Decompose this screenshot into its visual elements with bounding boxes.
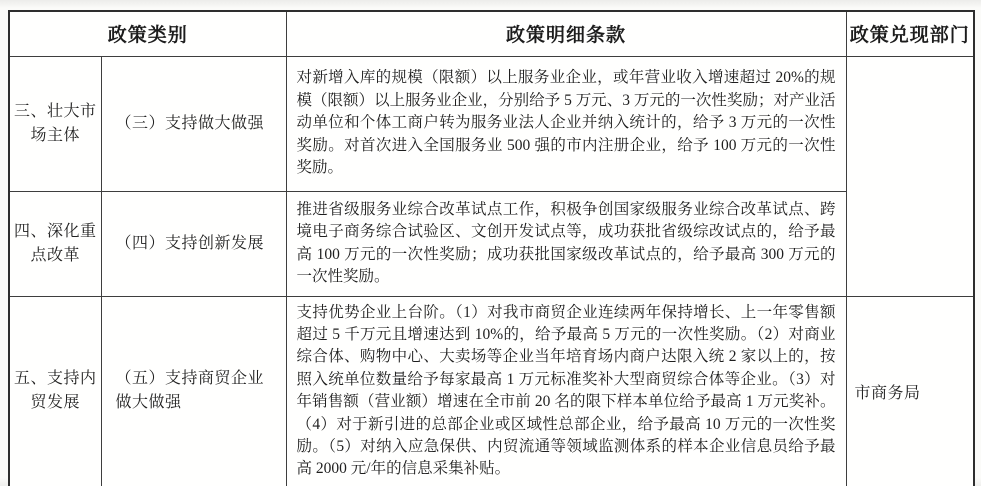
table-row-market-entities: 三、壮大市场主体 （三）支持做大做强 对新增入库的规模（限额）以上服务业企业，或… [9,56,974,191]
subcategory-cell: （五）支持商贸企业做大做强 [101,296,286,486]
category-cell: 四、深化重点改革 [9,191,101,296]
policy-table: 政策类别 政策明细条款 政策兑现部门 三、壮大市场主体 （三）支持做大做强 对新… [8,10,975,486]
header-policy-details: 政策明细条款 [286,11,846,56]
header-policy-category: 政策类别 [9,11,286,56]
department-cell-merged-empty [846,56,974,296]
table-header-row: 政策类别 政策明细条款 政策兑现部门 [9,11,974,56]
scanned-document-page: 政策类别 政策明细条款 政策兑现部门 三、壮大市场主体 （三）支持做大做强 对新… [0,0,981,486]
details-cell: 支持优势企业上台阶。（1）对我市商贸企业连续两年保持增长、上一年零售额超过 5 … [286,296,846,486]
subcategory-cell: （三）支持做大做强 [101,56,286,191]
details-cell: 推进省级服务业综合改革试点工作，积极争创国家级服务业综合改革试点、跨境电子商务综… [286,191,846,296]
table-row-domestic-trade: 五、支持内贸发展 （五）支持商贸企业做大做强 支持优势企业上台阶。（1）对我市商… [9,296,974,486]
category-cell: 五、支持内贸发展 [9,296,101,486]
category-cell: 三、壮大市场主体 [9,56,101,191]
details-cell: 对新增入库的规模（限额）以上服务业企业，或年营业收入增速超过 20%的规模（限额… [286,56,846,191]
header-policy-department: 政策兑现部门 [846,11,974,56]
department-cell: 市商务局 [846,296,974,486]
table-row-key-reform: 四、深化重点改革 （四）支持创新发展 推进省级服务业综合改革试点工作，积极争创国… [9,191,974,296]
subcategory-cell: （四）支持创新发展 [101,191,286,296]
